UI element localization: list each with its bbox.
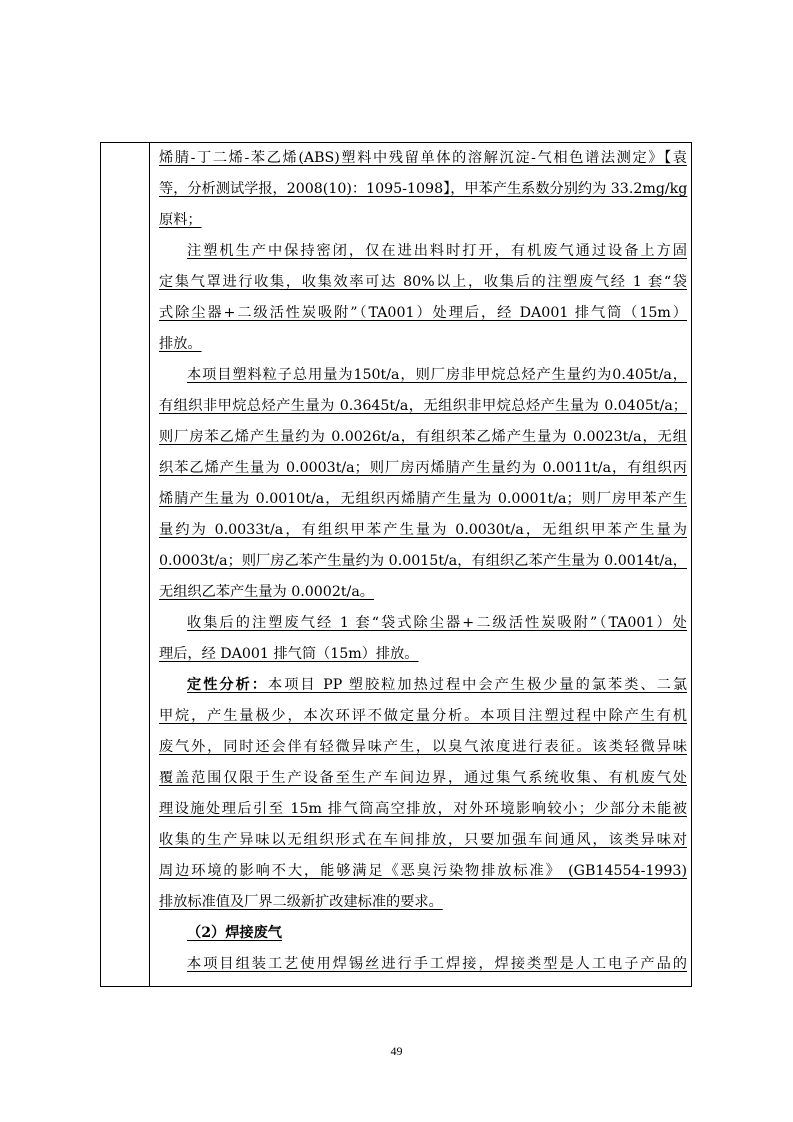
text-line: 织苯乙烯产生量为 0.0003t/a；则厂房丙烯腈产生量约为 0.0011t/a… xyxy=(159,456,687,480)
text-line: 排放标准值及厂界二级新扩改建标准的要求。 xyxy=(159,890,443,914)
text-line: 有组织非甲烷总烃产生量为 0.3645t/a，无组织非甲烷总烃产生量为 0.04… xyxy=(159,394,687,418)
text-span: 本项目 PP 塑胶粒加热过程中会产生极少量的氯苯类、二氯 xyxy=(268,677,687,693)
text-line: 原料； xyxy=(159,208,202,232)
qualitative-analysis-label: 定性分析： xyxy=(187,677,268,693)
section-heading: （2）焊接废气 xyxy=(187,921,282,945)
text-line: 理设施处理后引至 15m 排气筒高空排放，对外环境影响较小；少部分未能被 xyxy=(159,797,687,821)
text-line: 覆盖范围仅限于生产设备至生产车间边界，通过集气系统收集、有机废气处 xyxy=(159,766,687,790)
text-line: 废气外，同时还会伴有轻微异味产生，以臭气浓度进行表征。该类轻微异味 xyxy=(159,735,687,759)
text-line: 烯腈产生量为 0.0010t/a，无组织丙烯腈产生量为 0.0001t/a；则厂… xyxy=(159,487,687,511)
text-line: 式除尘器+二级活性炭吸附”（TA001）处理后，经 DA001 排气筒（15m） xyxy=(159,301,687,325)
content-table: 烯腈-丁二烯-苯乙烯(ABS)塑料中残留单体的溶解沉淀-气相色谱法测定》【袁 等… xyxy=(100,142,692,987)
text-line: 烯腈-丁二烯-苯乙烯(ABS)塑料中残留单体的溶解沉淀-气相色谱法测定》【袁 xyxy=(159,146,687,170)
text-line: 注塑机生产中保持密闭，仅在进出料时打开，有机废气通过设备上方固 xyxy=(187,239,687,263)
text-line: 0.0003t/a；则厂房乙苯产生量约为 0.0015t/a，有组织乙苯产生量为… xyxy=(159,549,687,573)
text-line: 理后，经 DA001 排气筒（15m）排放。 xyxy=(159,642,418,666)
text-line: 本项目组装工艺使用焊锡丝进行手工焊接，焊接类型是人工电子产品的 xyxy=(187,952,687,976)
text-line: 量约为 0.0033t/a，有组织甲苯产生量为 0.0030t/a，无组织甲苯产… xyxy=(159,518,687,542)
text-line: 本项目塑料粒子总用量为150t/a，则厂房非甲烷总烃产生量约为0.405t/a， xyxy=(187,363,687,387)
page-number: 49 xyxy=(0,1044,793,1059)
table-left-column xyxy=(101,143,150,986)
text-line: 收集后的注塑废气经 1 套“袋式除尘器+二级活性炭吸附”（TA001）处 xyxy=(187,611,687,635)
text-line: 定性分析：本项目 PP 塑胶粒加热过程中会产生极少量的氯苯类、二氯 xyxy=(187,673,687,697)
text-line: 则厂房苯乙烯产生量约为 0.0026t/a，有组织苯乙烯产生量为 0.0023t… xyxy=(159,425,687,449)
text-line: 无组织乙苯产生量为 0.0002t/a。 xyxy=(159,580,374,604)
text-line: 定集气罩进行收集，收集效率可达 80%以上，收集后的注塑废气经 1 套“袋 xyxy=(159,270,687,294)
text-line: 甲烷，产生量极少，本次环评不做定量分析。本项目注塑过程中除产生有机 xyxy=(159,704,687,728)
text-line: 排放。 xyxy=(159,332,202,356)
text-line: 收集的生产异味以无组织形式在车间排放，只要加强车间通风，该类异味对 xyxy=(159,828,687,852)
text-line: 周边环境的影响不大，能够满足《恶臭污染物排放标准》 (GB14554-1993) xyxy=(159,859,687,883)
text-line: 等，分析测试学报，2008(10)：1095-1098】，甲苯产生系数分别约为 … xyxy=(159,177,687,201)
